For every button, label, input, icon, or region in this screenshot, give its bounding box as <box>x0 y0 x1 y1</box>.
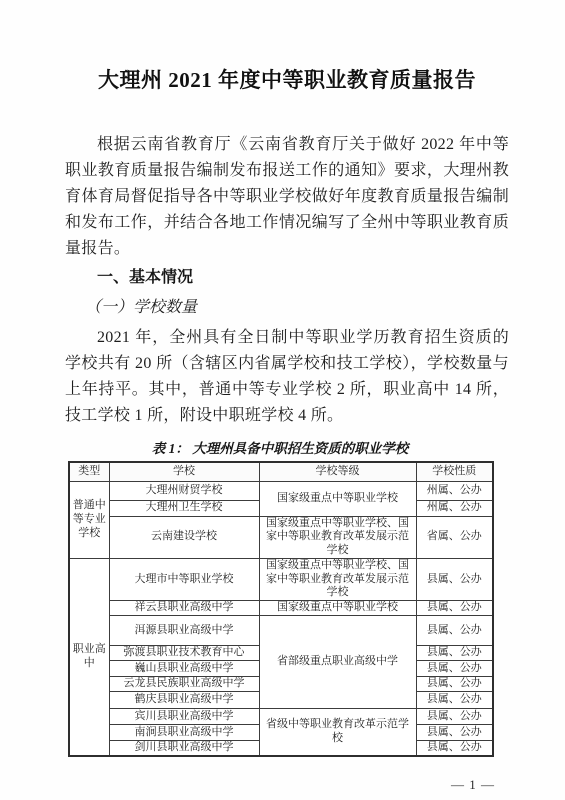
nature-cell: 县属、公办 <box>416 725 493 741</box>
school-cell: 大理州财贸学校 <box>109 481 259 500</box>
table-row: 洱源县职业高级中学 省部级重点职业高级中学 县属、公办 <box>69 616 493 646</box>
table1-caption: 表 1： 大理州具备中职招生资质的职业学校 <box>68 441 492 457</box>
nature-cell: 州属、公办 <box>416 500 493 516</box>
nature-cell: 省属、公办 <box>416 516 493 558</box>
school-cell: 南涧县职业高级中学 <box>109 725 259 741</box>
nature-cell: 县属、公办 <box>416 692 493 709</box>
table-row: 云南建设学校 国家级重点中等职业学校、国家中等职业教育改革发展示范学校 省属、公… <box>69 516 493 558</box>
nature-cell: 县属、公办 <box>416 741 493 756</box>
nature-cell: 县属、公办 <box>416 646 493 661</box>
nature-cell: 县属、公办 <box>416 661 493 677</box>
nature-cell: 州属、公办 <box>416 481 493 500</box>
intro-paragraph: 根据云南省教育厅《云南省教育厅关于做好 2022 年中等职业教育质量报告编制发布… <box>65 132 509 262</box>
school-qualification-table: 类型 学校 学校等级 学校性质 普通中等专业学校 大理州财贸学校 国家级重点中等… <box>68 461 494 757</box>
document-page: 大理州 2021 年度中等职业教育质量报告 根据云南省教育厅《云南省教育厅关于做… <box>0 0 565 800</box>
school-cell: 云南建设学校 <box>109 516 259 558</box>
school-cell: 巍山县职业高级中学 <box>109 661 259 677</box>
grade-cell: 省部级重点职业高级中学 <box>259 616 416 709</box>
table-header-row: 类型 学校 学校等级 学校性质 <box>69 462 493 481</box>
page-title: 大理州 2021 年度中等职业教育质量报告 <box>65 66 509 94</box>
grade-cell: 国家级重点中等职业学校、国家中等职业教育改革发展示范学校 <box>259 516 416 558</box>
type-cell: 职业高中 <box>69 558 109 756</box>
grade-cell: 国家级重点中等职业学校 <box>259 481 416 516</box>
table-row: 普通中等专业学校 大理州财贸学校 国家级重点中等职业学校 州属、公办 <box>69 481 493 500</box>
page-number: — 1 — <box>65 777 495 793</box>
school-cell: 洱源县职业高级中学 <box>109 616 259 646</box>
school-cell: 剑川县职业高级中学 <box>109 741 259 756</box>
nature-cell: 县属、公办 <box>416 677 493 692</box>
school-cell: 鹤庆县职业高级中学 <box>109 692 259 709</box>
header-school: 学校 <box>109 462 259 481</box>
table-row: 职业高中 大理市中等职业学校 国家级重点中等职业学校、国家中等职业教育改革发展示… <box>69 558 493 600</box>
grade-cell: 省级中等职业教育改革示范学校 <box>259 709 416 756</box>
section-heading-basic-situation: 一、基本情况 <box>97 268 509 288</box>
grade-cell: 国家级重点中等职业学校 <box>259 601 416 616</box>
school-cell: 祥云县职业高级中学 <box>109 601 259 616</box>
table1-container: 表 1： 大理州具备中职招生资质的职业学校 类型 学校 学校等级 学校性质 普通… <box>68 441 492 757</box>
school-cell: 宾川县职业高级中学 <box>109 709 259 725</box>
type-cell: 普通中等专业学校 <box>69 481 109 558</box>
table-row: 祥云县职业高级中学 国家级重点中等职业学校 县属、公办 <box>69 601 493 616</box>
school-cell: 云龙县民族职业高级中学 <box>109 677 259 692</box>
sub-heading-school-count: （一）学校数量 <box>85 298 509 318</box>
grade-cell: 国家级重点中等职业学校、国家中等职业教育改革发展示范学校 <box>259 558 416 600</box>
school-cell: 大理市中等职业学校 <box>109 558 259 600</box>
table-row: 宾川县职业高级中学 省级中等职业教育改革示范学校 县属、公办 <box>69 709 493 725</box>
school-cell: 弥渡县职业技术教育中心 <box>109 646 259 661</box>
header-nature: 学校性质 <box>416 462 493 481</box>
nature-cell: 县属、公办 <box>416 558 493 600</box>
school-count-paragraph: 2021 年，全州具有全日制中等职业学历教育招生资质的学校共有 20 所（含辖区… <box>65 325 509 429</box>
nature-cell: 县属、公办 <box>416 616 493 646</box>
nature-cell: 县属、公办 <box>416 709 493 725</box>
header-grade: 学校等级 <box>259 462 416 481</box>
header-type: 类型 <box>69 462 109 481</box>
nature-cell: 县属、公办 <box>416 601 493 616</box>
school-cell: 大理州卫生学校 <box>109 500 259 516</box>
